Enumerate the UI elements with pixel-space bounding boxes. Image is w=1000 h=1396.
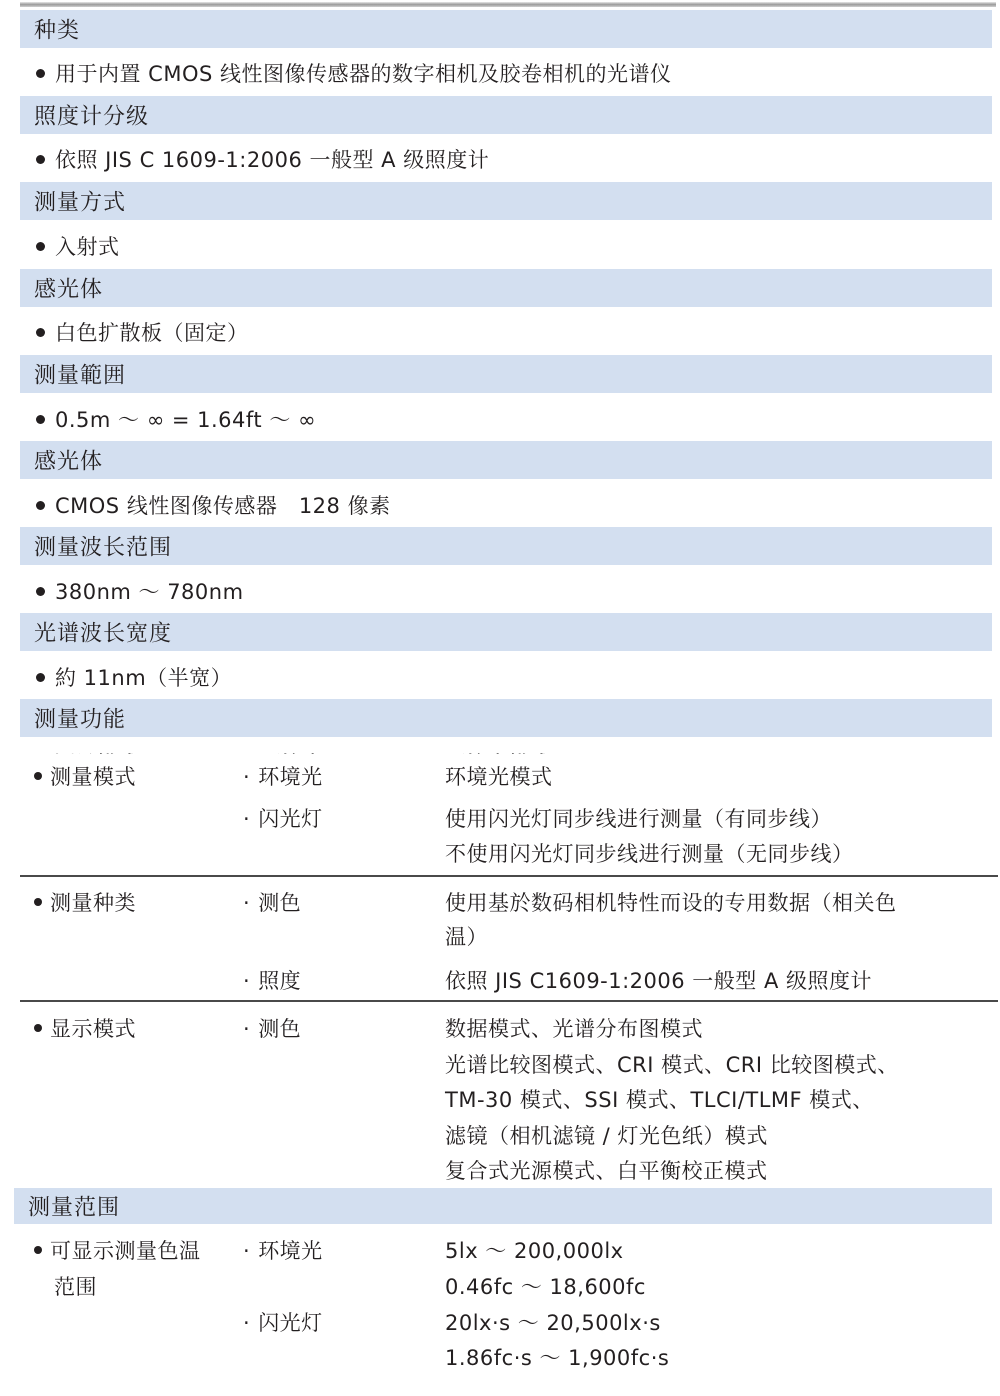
function-value: 依照 JIS C1609-1:2006 一般型 A 级照度计: [445, 965, 872, 995]
spec-text: 入射式: [55, 235, 120, 259]
section-header-sensor: 感光体: [20, 441, 992, 479]
range-value: 0.46fc ～ 18,600fc: [445, 1271, 646, 1301]
spec-text: 依照 JIS C 1609-1:2006 一般型 A 级照度计: [55, 148, 489, 172]
function-sub-flash: 闪光灯: [243, 803, 323, 833]
function-value: 光谱比较图模式、CRI 模式、CRI 比较图模式、: [445, 1049, 899, 1079]
bullet-icon: [36, 155, 45, 164]
function-label-measure-type: 测量种类: [34, 887, 136, 917]
section-header-measure-method: 测量方式: [20, 182, 992, 220]
spec-item: 380nm ～ 780nm: [36, 576, 244, 606]
bullet-icon: [36, 587, 45, 596]
bullet-icon: [34, 1246, 42, 1254]
bullet-icon: [36, 328, 45, 337]
range-sub-flash: 闪光灯: [243, 1307, 323, 1337]
function-value: 温）: [445, 921, 488, 951]
section-title: 种类: [34, 14, 80, 45]
top-border: [20, 2, 996, 7]
section-title: 感光体: [34, 273, 103, 304]
section-header-functions: 测量功能: [20, 699, 992, 737]
section-header-measure-distance: 测量範囲: [20, 355, 992, 393]
section-header-receptor: 感光体: [20, 269, 992, 307]
section-title: 测量範囲: [34, 359, 126, 390]
spec-item: 用于内置 CMOS 线性图像传感器的数字相机及胶卷相机的光谱仪: [36, 58, 672, 88]
spec-text: 白色扩散板（固定）: [55, 321, 249, 345]
function-value: 数据模式、光谱分布图模式: [445, 1013, 703, 1043]
range-value: 5lx ～ 200,000lx: [445, 1235, 624, 1265]
section-header-wavelength-range: 测量波长范围: [20, 527, 992, 565]
spec-text: 約 11nm（半宽）: [55, 666, 232, 690]
bullet-icon: [36, 69, 45, 78]
spec-item: 白色扩散板（固定）: [36, 317, 249, 347]
spec-item: CMOS 线性图像传感器 128 像素: [36, 490, 391, 520]
divider: [20, 875, 998, 877]
section-title: 感光体: [34, 445, 103, 476]
spec-item: 入射式: [36, 231, 120, 261]
bullet-icon: [36, 415, 45, 424]
section-title: 测量范围: [28, 1191, 120, 1222]
section-title: 光谱波长宽度: [34, 617, 172, 648]
bullet-icon: [36, 501, 45, 510]
section-header-spectral-bandwidth: 光谱波长宽度: [20, 613, 992, 651]
section-title: 照度计分级: [34, 100, 149, 131]
range-label: 可显示测量色温: [34, 1235, 201, 1265]
function-value: 环境光模式: [445, 761, 553, 791]
function-value: 使用闪光灯同步线进行测量（有同步线）: [445, 803, 832, 833]
range-value: 20lx·s ～ 20,500lx·s: [445, 1307, 661, 1337]
clipped-text: 测量模式: [54, 748, 138, 754]
spec-text: CMOS 线性图像传感器 128 像素: [55, 494, 391, 518]
section-header-illuminance-class: 照度计分级: [20, 96, 992, 134]
section-header-type: 种类: [20, 10, 992, 48]
section-title: 测量方式: [34, 186, 126, 217]
spec-item: 約 11nm（半宽）: [36, 662, 232, 692]
bullet-icon: [36, 673, 45, 682]
spec-text: 0.5m ～ ∞ = 1.64ft ～ ∞: [55, 408, 316, 432]
spec-item: 0.5m ～ ∞ = 1.64ft ～ ∞: [36, 404, 316, 434]
function-value: 不使用闪光灯同步线进行测量（无同步线）: [445, 838, 854, 868]
function-label-display-mode: 显示模式: [34, 1013, 136, 1043]
bullet-icon: [34, 898, 42, 906]
spec-text: 380nm ～ 780nm: [55, 580, 244, 604]
clipped-text: 环境光: [260, 748, 323, 754]
function-sub-ambient: 环境光: [243, 761, 323, 791]
clipped-text: 环境光模式: [445, 748, 550, 754]
range-value: 1.86fc·s ～ 1,900fc·s: [445, 1342, 669, 1372]
bullet-icon: [34, 1024, 42, 1032]
section-header-measure-range: 测量范围: [14, 1188, 992, 1224]
function-value: 使用基於数码相机特性而设的专用数据（相关色: [445, 887, 897, 917]
section-title: 测量波长范围: [34, 531, 172, 562]
function-sub-color: 测色: [243, 887, 301, 917]
spec-text: 用于内置 CMOS 线性图像传感器的数字相机及胶卷相机的光谱仪: [55, 62, 672, 86]
function-sub-color: 测色: [243, 1013, 301, 1043]
range-sub-ambient: 环境光: [243, 1235, 323, 1265]
function-value: 复合式光源模式、白平衡校正模式: [445, 1155, 768, 1185]
range-label-cont: 范围: [54, 1271, 97, 1301]
function-label-measure-mode: 测量模式: [34, 761, 136, 791]
bullet-icon: [36, 242, 45, 251]
spec-item: 依照 JIS C 1609-1:2006 一般型 A 级照度计: [36, 144, 489, 174]
section-title: 测量功能: [34, 703, 126, 734]
function-value: 滤镜（相机滤镜 / 灯光色纸）模式: [445, 1120, 768, 1150]
divider: [20, 1000, 998, 1002]
function-value: TM-30 模式、SSI 模式、TLCI/TLMF 模式、: [445, 1084, 874, 1114]
bullet-icon: [34, 772, 42, 780]
function-sub-illuminance: 照度: [243, 965, 301, 995]
